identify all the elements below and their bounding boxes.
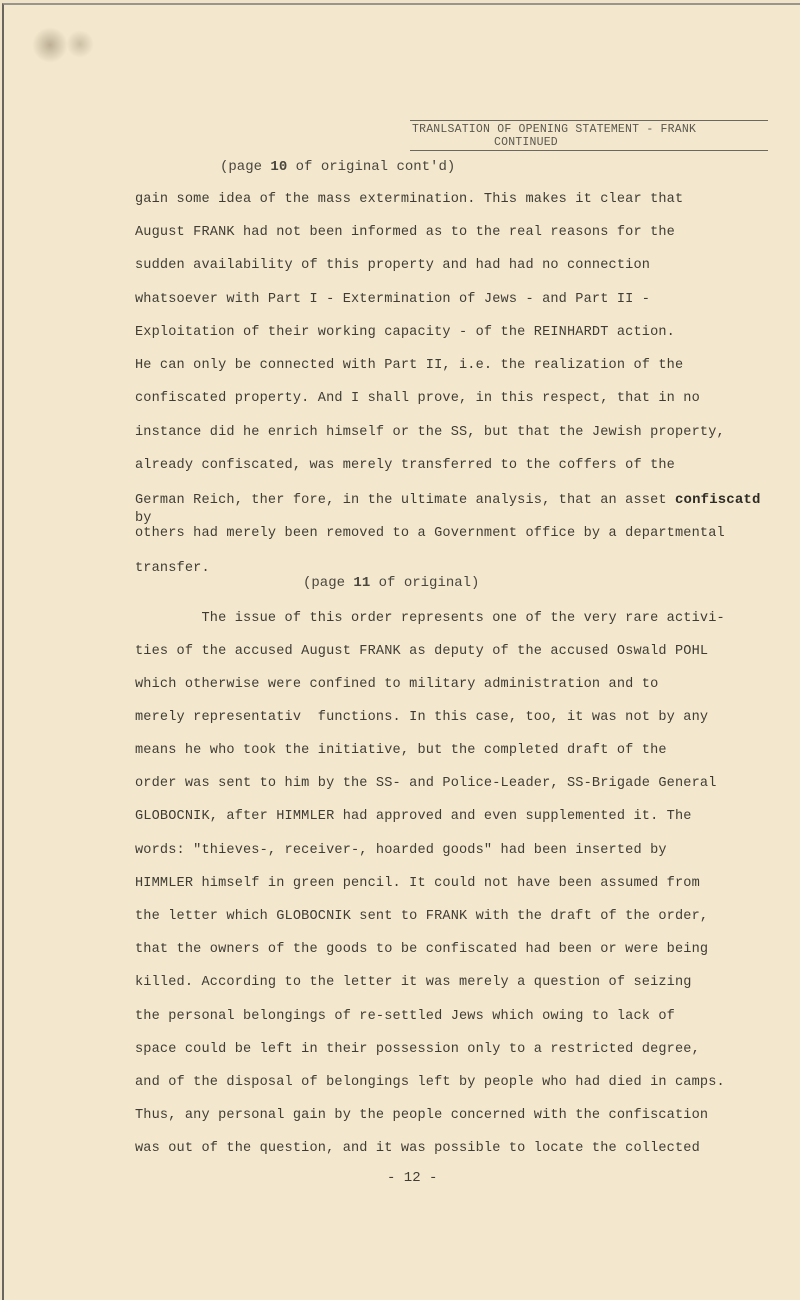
text-line: order was sent to him by the SS- and Pol… [135, 776, 717, 791]
page-marker-suffix: of original) [370, 575, 479, 591]
text-line: words: "thieves-, receiver-, hoarded goo… [135, 843, 667, 858]
text-line: was out of the question, and it was poss… [135, 1141, 700, 1156]
ink-smudge [66, 30, 94, 58]
header-continued: CONTINUED [410, 136, 768, 150]
text-line: killed. According to the letter it was m… [135, 975, 692, 990]
page-marker-number: 11 [353, 575, 370, 591]
text-line: merely representativ functions. In this … [135, 710, 708, 725]
text-line: whatsoever with Part I - Extermination o… [135, 292, 650, 307]
text-line: gain some idea of the mass extermination… [135, 192, 683, 207]
text-line: space could be left in their possession … [135, 1042, 700, 1057]
text-line: sudden availability of this property and… [135, 258, 650, 273]
ink-smudge [32, 27, 68, 63]
text-line: which otherwise were confined to militar… [135, 677, 658, 692]
handwritten-insert: confiscatd [675, 492, 761, 508]
text-line: GLOBOCNIK, after HIMMLER had approved an… [135, 809, 692, 824]
text-line: instance did he enrich himself or the SS… [135, 425, 725, 440]
page-marker-original-10: (page 10 of original cont'd) [220, 159, 455, 175]
text-line: confiscated property. And I shall prove,… [135, 391, 700, 406]
text-line: August FRANK had not been informed as to… [135, 225, 675, 240]
text-line: means he who took the initiative, but th… [135, 743, 667, 758]
page-number: - 12 - [387, 1170, 437, 1186]
text-line: that the owners of the goods to be confi… [135, 942, 708, 957]
text-line: the personal belongings of re-settled Je… [135, 1009, 675, 1024]
text-line-by: by [135, 511, 152, 526]
text-line: ties of the accused August FRANK as depu… [135, 644, 708, 659]
page-marker-number: 10 [270, 159, 287, 175]
header-bottom-rule [410, 150, 768, 151]
text-line: HIMMLER himself in green pencil. It coul… [135, 876, 700, 891]
page-marker-prefix: (page [220, 159, 270, 175]
page-marker-prefix: (page [303, 575, 353, 591]
text-line: Exploitation of their working capacity -… [135, 325, 675, 340]
text-line-german-reich: German Reich, ther fore, in the ultimate… [135, 492, 761, 508]
text-line: The issue of this order represents one o… [135, 611, 725, 626]
text-line: the letter which GLOBOCNIK sent to FRANK… [135, 909, 708, 924]
text-line: others had merely been removed to a Gove… [135, 526, 725, 541]
text-line: Thus, any personal gain by the people co… [135, 1108, 708, 1123]
text-line: transfer. [135, 561, 210, 576]
text-line: already confiscated, was merely transfer… [135, 458, 675, 473]
document-header: TRANLSATION OF OPENING STATEMENT - FRANK… [410, 120, 768, 151]
page-marker-suffix: of original cont'd) [287, 159, 455, 175]
page-marker-original-11: (page 11 of original) [303, 575, 479, 591]
text-line: and of the disposal of belongings left b… [135, 1075, 725, 1090]
text-line: He can only be connected with Part II, i… [135, 358, 683, 373]
line-text: German Reich, ther fore, in the ultimate… [135, 493, 675, 508]
header-title: TRANLSATION OF OPENING STATEMENT - FRANK [410, 121, 768, 136]
